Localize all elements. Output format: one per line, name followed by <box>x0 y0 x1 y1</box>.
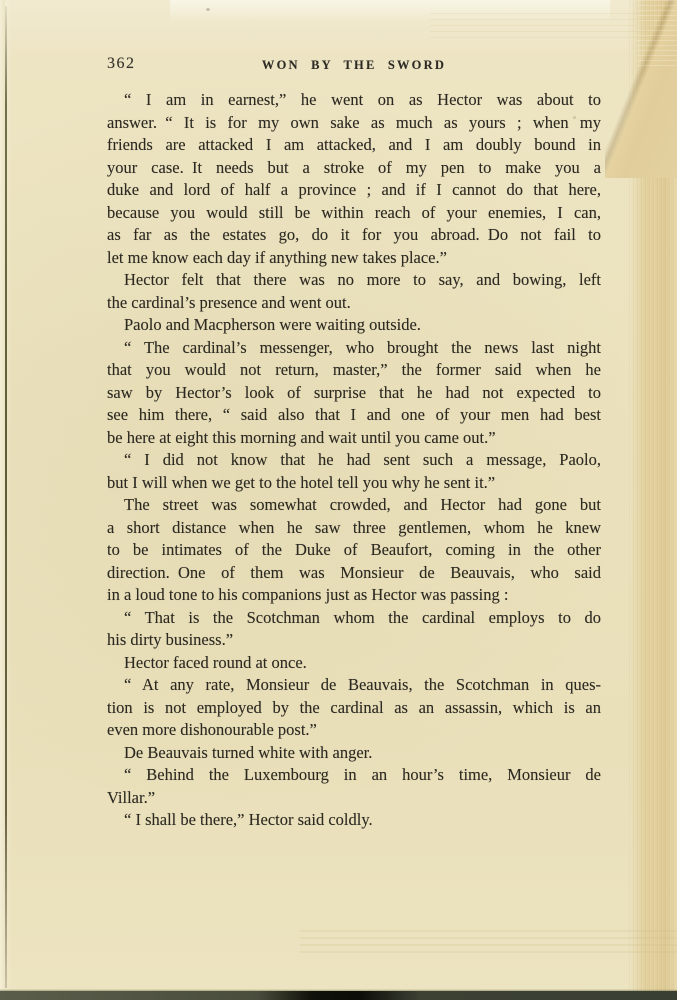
gutter-shadow-line <box>5 6 7 988</box>
text-line: answer. “ It is for my own sake as much … <box>107 112 601 135</box>
text-line: his dirty business.” <box>107 629 601 652</box>
book-page-scan: 362 WON BY THE SWORD “ I am in earnest,”… <box>0 0 677 1000</box>
text-line: De Beauvais turned white with anger. <box>107 742 601 765</box>
text-line: be here at eight this morning and wait u… <box>107 427 601 450</box>
text-line: saw by Hector’s look of surprise that he… <box>107 382 601 405</box>
text-line: “ The cardinal’s messenger, who brought … <box>107 337 601 360</box>
text-line: even more dishonourable post.” <box>107 719 601 742</box>
text-line: tion is not employed by the cardinal as … <box>107 697 601 720</box>
text-line: friends are attacked I am attacked, and … <box>107 134 601 157</box>
text-line: Hector faced round at once. <box>107 652 601 675</box>
text-line: Villar.” <box>107 787 601 810</box>
lower-edge-streaks <box>300 930 677 954</box>
text-line: Hector felt that there was no more to sa… <box>107 269 601 292</box>
text-line: the cardinal’s presence and went out. <box>107 292 601 315</box>
text-line: because you would still be within reach … <box>107 202 601 225</box>
text-line: duke and lord of half a province ; and i… <box>107 179 601 202</box>
text-body: “ I am in earnest,” he went on as Hector… <box>107 89 601 832</box>
text-line: Paolo and Macpherson were waiting outsid… <box>107 314 601 337</box>
text-line: that you would not return, master,” the … <box>107 359 601 382</box>
text-line: as far as the estates go, do it for you … <box>107 224 601 247</box>
text-line: The street was somewhat crowded, and Hec… <box>107 494 601 517</box>
running-title: WON BY THE SWORD <box>107 58 601 73</box>
text-line: “ Behind the Luxembourg in an hour’s tim… <box>107 764 601 787</box>
bottom-book-edge <box>0 991 677 1000</box>
text-line: let me know each day if anything new tak… <box>107 247 601 270</box>
text-line: “ I did not know that he had sent such a… <box>107 449 601 472</box>
text-line: but I will when we get to the hotel tell… <box>107 472 601 495</box>
text-line: see him there, “ said also that I and on… <box>107 404 601 427</box>
text-line: your case. It needs but a stroke of my p… <box>107 157 601 180</box>
text-line: “ I am in earnest,” he went on as Hector… <box>107 89 601 112</box>
paper-speck <box>206 8 210 11</box>
text-line: to be intimates of the Duke of Beaufort,… <box>107 539 601 562</box>
running-head: 362 WON BY THE SWORD <box>107 55 601 75</box>
top-edge-streaks <box>430 13 655 41</box>
text-line: “ I shall be there,” Hector said coldly. <box>107 809 601 832</box>
text-line: “ At any rate, Monsieur de Beauvais, the… <box>107 674 601 697</box>
text-line: a short distance when he saw three gentl… <box>107 517 601 540</box>
text-line: direction. One of them was Monsieur de B… <box>107 562 601 585</box>
text-line: in a loud tone to his companions just as… <box>107 584 601 607</box>
text-line: “ That is the Scotchman whom the cardina… <box>107 607 601 630</box>
